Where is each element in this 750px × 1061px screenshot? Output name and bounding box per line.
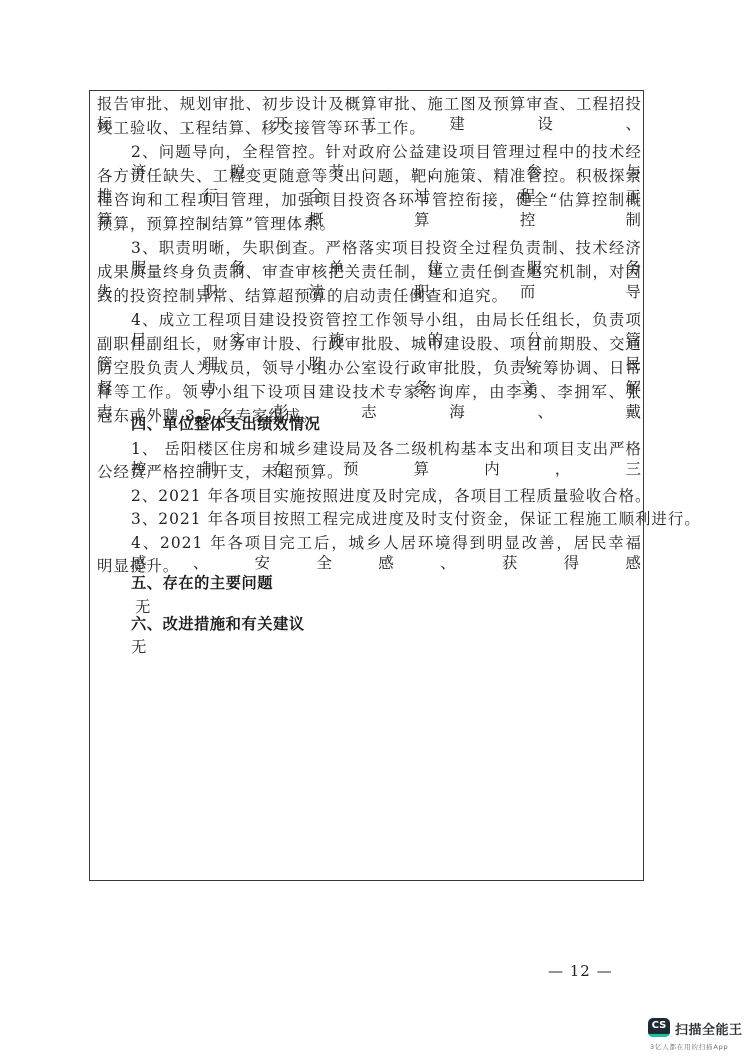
body-line: 无 [131,637,676,657]
page-number: — 12 — [548,962,613,980]
scanner-watermark: CS 扫描全能王 3亿人都在用的扫描App [648,1018,748,1058]
camscanner-logo-icon: CS [648,1018,670,1037]
watermark-subtitle: 3亿人都在用的扫描App [650,1042,728,1051]
body-line: 2、2021 年各项目实施按照进度及时完成，各项目工程质量验收合格。 [131,486,642,506]
body-line: 预算，预算控制结算”管理体系。 [97,214,642,234]
section-heading: 五、存在的主要问题 [131,573,642,593]
watermark-title: 扫描全能王 [675,1019,743,1038]
section-heading: 六、改进措施和有关建议 [131,614,642,634]
logo-accent-stripe [648,1034,670,1037]
section-heading: 四、单位整体支出绩效情况 [131,414,642,434]
body-line: 竣工验收、工程结算、移交接管等环节工作。 [97,118,642,138]
body-line: 致的投资控制异常、结算超预算的启动责任倒查和追究。 [97,286,642,306]
body-line: 3、2021 年各项目按照工程完成进度及时支付资金，保证工程施工顺利进行。 [131,509,642,529]
body-line: 公经费严格控制开支，未超预算。 [97,462,642,482]
logo-text: CS [648,1020,670,1031]
